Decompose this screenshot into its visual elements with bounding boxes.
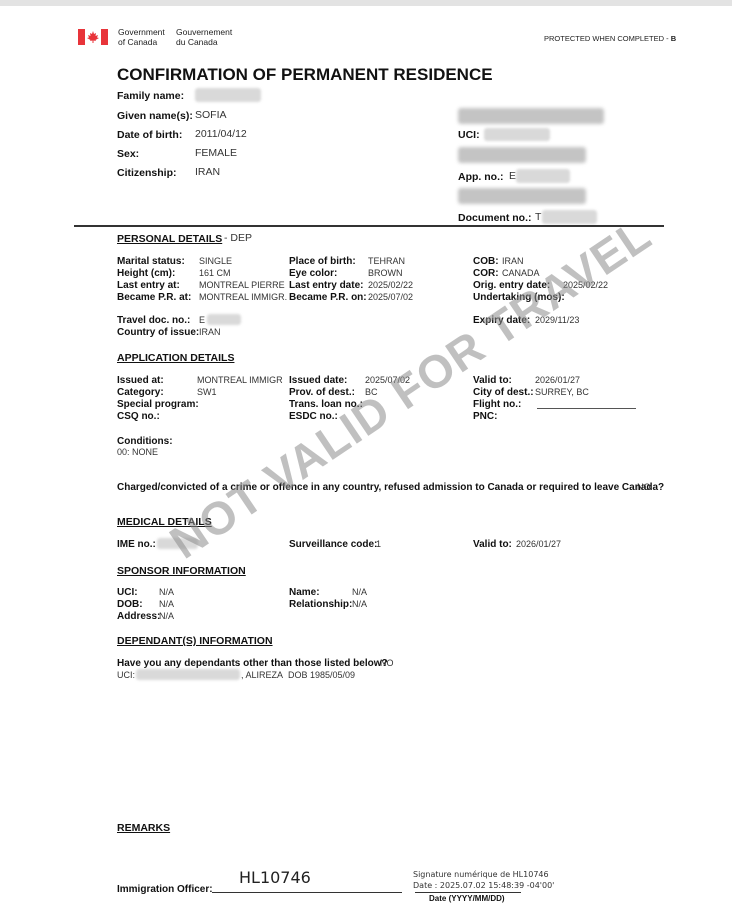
medical-valid-to-label: Valid to: (473, 539, 512, 550)
dependants-info-heading: DEPENDANT(S) INFORMATION (117, 635, 273, 647)
criminality-question: Charged/convicted of a crime or offence … (117, 482, 664, 493)
uci-label: UCI: (458, 129, 480, 141)
became-pr-at-value: MONTREAL IMMIGR. (199, 292, 287, 302)
city-dest-value: SURREY, BC (535, 387, 589, 397)
flight-no-line (537, 408, 636, 409)
officer-signature-line (212, 892, 402, 893)
travel-doc-redacted (207, 314, 241, 325)
marital-status-label: Marital status: (117, 256, 185, 267)
personal-heading-suffix: - DEP (224, 232, 252, 244)
valid-to-value: 2026/01/27 (535, 375, 580, 385)
gov-fr-line2: du Canada (176, 38, 232, 48)
uci-redacted (484, 128, 550, 141)
citizenship-label: Citizenship: (117, 167, 177, 179)
sponsor-name-label: Name: (289, 587, 320, 598)
medical-valid-to-value: 2026/01/27 (516, 539, 561, 549)
special-program-label: Special program: (117, 399, 199, 410)
sponsor-name-value: N/A (352, 587, 367, 597)
csq-label: CSQ no.: (117, 411, 160, 422)
conditions-value: 00: NONE (117, 447, 158, 457)
sponsor-info-heading: SPONSOR INFORMATION (117, 565, 246, 577)
sponsor-dob-label: DOB: (117, 599, 143, 610)
dob-value: 2011/04/12 (195, 128, 247, 140)
sponsor-address-value: N/A (159, 611, 174, 621)
marital-status-value: SINGLE (199, 256, 232, 266)
city-dest-label: City of dest.: (473, 387, 534, 398)
became-pr-at-label: Became P.R. at: (117, 292, 191, 303)
gov-en-line2: of Canada (118, 38, 165, 48)
document-no-prefix: T (535, 211, 541, 223)
canada-flag-icon (78, 29, 108, 45)
redacted-block-2 (458, 147, 586, 163)
cob-value: IRAN (502, 256, 524, 266)
document-no-redacted (542, 210, 597, 224)
cob-label: COB: (473, 256, 499, 267)
dependant-name: , ALIREZA (241, 670, 283, 680)
given-names-value: SOFIA (195, 109, 227, 121)
app-no-redacted (516, 169, 570, 183)
sponsor-dob-value: N/A (159, 599, 174, 609)
personal-heading-text: PERSONAL DETAILS (117, 233, 222, 245)
last-entry-date-label: Last entry date: (289, 280, 363, 291)
sponsor-relationship-label: Relationship: (289, 599, 352, 610)
citizenship-value: IRAN (195, 166, 220, 178)
digital-signature: Signature numérique de HL10746 Date : 20… (413, 869, 554, 891)
digital-signature-line1: Signature numérique de HL10746 (413, 869, 554, 880)
officer-label: Immigration Officer: (117, 884, 213, 895)
issued-at-label: Issued at: (117, 375, 164, 386)
protected-label: PROTECTED WHEN COMPLETED - B (544, 34, 676, 43)
sex-label: Sex: (117, 148, 139, 160)
remarks-heading: REMARKS (117, 822, 170, 834)
redacted-block-3 (458, 188, 586, 204)
last-entry-at-label: Last entry at: (117, 280, 180, 291)
dependants-answer: NO (380, 658, 394, 668)
dependants-question: Have you any dependants other than those… (117, 658, 388, 669)
surveillance-value: 1 (376, 539, 381, 549)
pnc-label: PNC: (473, 411, 497, 422)
document-title: CONFIRMATION OF PERMANENT RESIDENCE (117, 65, 493, 85)
country-of-issue-value: IRAN (199, 327, 221, 337)
cor-label: COR: (473, 268, 499, 279)
date-format-label: Date (YYYY/MM/DD) (429, 894, 505, 903)
country-of-issue-label: Country of issue: (117, 327, 199, 338)
redacted-block-1 (458, 108, 604, 124)
surveillance-label: Surveillance code: (289, 539, 377, 550)
sponsor-uci-label: UCI: (117, 587, 138, 598)
criminality-answer: NO (637, 482, 651, 492)
valid-to-label: Valid to: (473, 375, 512, 386)
dependant-uci-redacted (136, 669, 240, 680)
protected-level: B (671, 34, 676, 43)
prov-dest-label: Prov. of dest.: (289, 387, 355, 398)
last-entry-at-value: MONTREAL PIERRE (199, 280, 285, 290)
sponsor-relationship-value: N/A (352, 599, 367, 609)
travel-doc-prefix: E (199, 315, 205, 325)
gov-canada-en: Government of Canada (118, 28, 165, 47)
height-label: Height (cm): (117, 268, 175, 279)
issued-at-value: MONTREAL IMMIGR (197, 375, 283, 385)
issued-date-label: Issued date: (289, 375, 347, 386)
family-name-redacted (195, 88, 261, 102)
date-signature-line (415, 892, 521, 893)
document-no-label: Document no.: (458, 212, 532, 224)
category-value: SW1 (197, 387, 217, 397)
travel-doc-label: Travel doc. no.: (117, 315, 190, 326)
sex-value: FEMALE (195, 147, 237, 159)
sponsor-uci-value: N/A (159, 587, 174, 597)
personal-details-heading: PERSONAL DETAILS (117, 233, 222, 245)
app-no-prefix: E (509, 170, 516, 182)
ime-label: IME no.: (117, 539, 156, 550)
protected-text: PROTECTED WHEN COMPLETED - (544, 34, 671, 43)
place-of-birth-label: Place of birth: (289, 256, 356, 267)
height-value: 161 CM (199, 268, 231, 278)
app-no-label: App. no.: (458, 171, 504, 183)
gov-canada-fr: Gouvernement du Canada (176, 28, 232, 47)
conditions-label: Conditions: (117, 436, 173, 447)
family-name-label: Family name: (117, 90, 184, 102)
eye-color-value: BROWN (368, 268, 403, 278)
last-entry-date-value: 2025/02/22 (368, 280, 413, 290)
officer-id: HL10746 (239, 868, 311, 887)
category-label: Category: (117, 387, 164, 398)
eye-color-label: Eye color: (289, 268, 337, 279)
flight-no-label: Flight no.: (473, 399, 521, 410)
became-pr-on-label: Became P.R. on: (289, 292, 367, 303)
top-border (0, 0, 732, 6)
became-pr-on-value: 2025/07/02 (368, 292, 413, 302)
dependant-dob: DOB 1985/05/09 (288, 670, 355, 680)
application-details-heading: APPLICATION DETAILS (117, 352, 234, 364)
given-names-label: Given name(s): (117, 110, 193, 122)
dependant-uci-label: UCI: (117, 670, 135, 680)
place-of-birth-value: TEHRAN (368, 256, 405, 266)
dob-label: Date of birth: (117, 129, 182, 141)
sponsor-address-label: Address: (117, 611, 160, 622)
digital-signature-line2: Date : 2025.07.02 15:48:39 -04'00' (413, 880, 554, 891)
divider-line (74, 225, 664, 227)
